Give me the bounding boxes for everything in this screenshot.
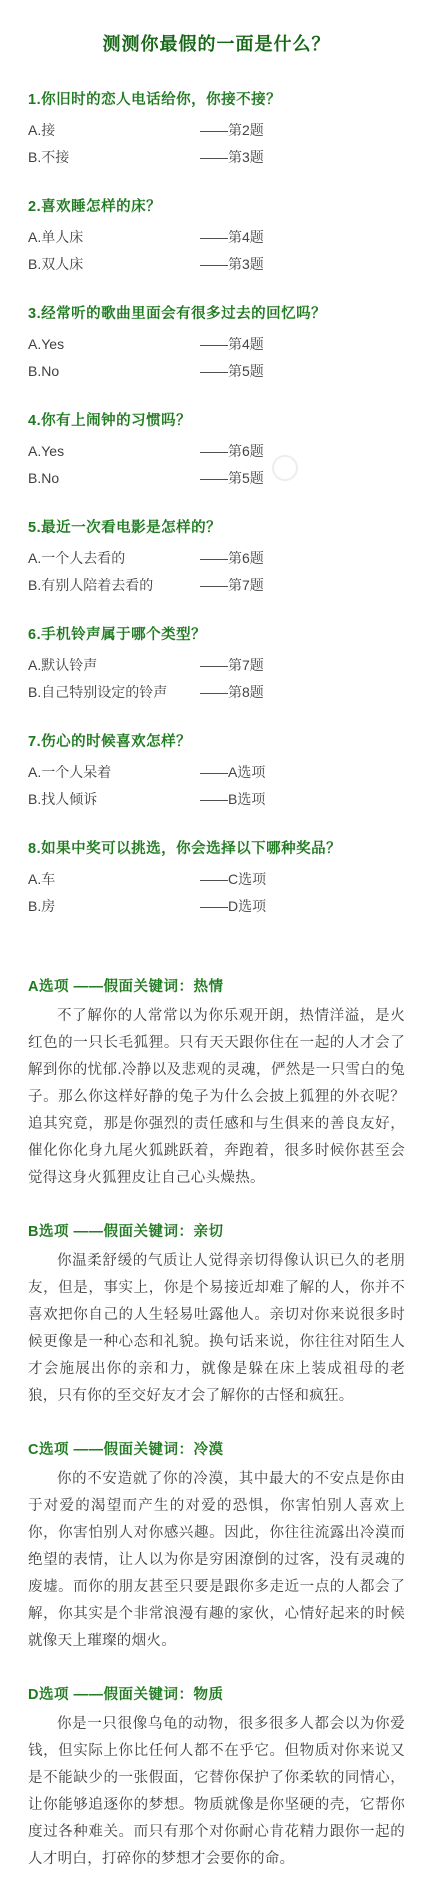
question-3-option-a: A.Yes ——第4题 [28,330,405,357]
option-label: A.Yes [28,336,200,352]
question-heading: 5.最近一次看电影是怎样的？ [28,518,405,538]
option-label: A.单人床 [28,227,200,247]
option-label: B.双人床 [28,254,200,274]
option-label: B.不接 [28,147,200,167]
question-2-option-b: B.双人床 ——第3题 [28,250,405,277]
result-body: 你温柔舒缓的气质让人觉得亲切得像认识已久的老朋友，但是，事实上，你是个易接近却难… [28,1248,405,1410]
option-target: ——第7题 [200,655,405,675]
question-7-option-b: B.找人倾诉 ——B选项 [28,785,405,812]
page-title: 测测你最假的一面是什么？ [28,26,405,56]
option-label: B.找人倾诉 [28,789,200,809]
option-target: ——第5题 [200,468,405,488]
result-heading: C选项 ——假面关键词：冷漠 [28,1440,405,1460]
option-target: ——第8题 [200,682,405,702]
result-list: A选项 ——假面关键词：热情 不了解你的人常常以为你乐观开朗，热情洋溢，是火红色… [28,977,405,1873]
quiz-article-page: 测测你最假的一面是什么？ 1.你旧时的恋人电话给你，你接不接？ A.接 ——第2… [0,0,430,1873]
question-heading: 1.你旧时的恋人电话给你，你接不接？ [28,90,405,110]
option-target: ——第4题 [200,227,405,247]
question-6-option-a: A.默认铃声 ——第7题 [28,651,405,678]
question-3-option-b: B.No ——第5题 [28,357,405,384]
watermark-icon [272,455,298,481]
question-heading: 7.伤心的时候喜欢怎样？ [28,732,405,752]
question-8: 8.如果中奖可以挑选，你会选择以下哪种奖品？ A.车 ——C选项 B.房 ——D… [28,839,405,919]
result-option-d: D选项 ——假面关键词：物质 你是一只很像乌龟的动物，很多很多人都会以为你爱钱，… [28,1685,405,1873]
question-5-option-a: A.一个人去看的 ——第6题 [28,544,405,571]
result-option-b: B选项 ——假面关键词：亲切 你温柔舒缓的气质让人觉得亲切得像认识已久的老朋友，… [28,1222,405,1410]
question-4-option-b: B.No ——第5题 [28,464,405,491]
result-body: 你是一只很像乌龟的动物，很多很多人都会以为你爱钱，但实际上你比任何人都不在乎它。… [28,1711,405,1873]
option-target: ——第6题 [200,548,405,568]
question-1: 1.你旧时的恋人电话给你，你接不接？ A.接 ——第2题 B.不接 ——第3题 [28,90,405,170]
option-label: A.Yes [28,443,200,459]
result-body: 你的不安造就了你的冷漠，其中最大的不安点是你由于对爱的渴望而产生的对爱的恐惧，你… [28,1466,405,1655]
question-6-option-b: B.自己特别设定的铃声 ——第8题 [28,678,405,705]
question-3: 3.经常听的歌曲里面会有很多过去的回忆吗？ A.Yes ——第4题 B.No —… [28,304,405,384]
result-heading: A选项 ——假面关键词：热情 [28,977,405,997]
result-option-c: C选项 ——假面关键词：冷漠 你的不安造就了你的冷漠，其中最大的不安点是你由于对… [28,1440,405,1655]
question-heading: 6.手机铃声属于哪个类型？ [28,625,405,645]
option-target: ——第2题 [200,120,405,140]
option-label: A.接 [28,120,200,140]
question-2-option-a: A.单人床 ——第4题 [28,223,405,250]
question-5: 5.最近一次看电影是怎样的？ A.一个人去看的 ——第6题 B.有别人陪着去看的… [28,518,405,598]
question-8-option-b: B.房 ——D选项 [28,892,405,919]
question-1-option-b: B.不接 ——第3题 [28,143,405,170]
option-label: B.自己特别设定的铃声 [28,682,200,702]
option-label: A.默认铃声 [28,655,200,675]
question-7-option-a: A.一个人呆着 ——A选项 [28,758,405,785]
option-target: ——第4题 [200,334,405,354]
option-target: ——B选项 [200,789,405,809]
question-heading: 3.经常听的歌曲里面会有很多过去的回忆吗？ [28,304,405,324]
question-4: 4.你有上闹钟的习惯吗？ A.Yes ——第6题 B.No ——第5题 [28,411,405,491]
option-label: B.房 [28,896,200,916]
result-heading: B选项 ——假面关键词：亲切 [28,1222,405,1242]
question-6: 6.手机铃声属于哪个类型？ A.默认铃声 ——第7题 B.自己特别设定的铃声 —… [28,625,405,705]
question-5-option-b: B.有别人陪着去看的 ——第7题 [28,571,405,598]
question-2: 2.喜欢睡怎样的床？ A.单人床 ——第4题 B.双人床 ——第3题 [28,197,405,277]
question-4-option-a: A.Yes ——第6题 [28,437,405,464]
option-label: A.一个人去看的 [28,548,200,568]
question-7: 7.伤心的时候喜欢怎样？ A.一个人呆着 ——A选项 B.找人倾诉 ——B选项 [28,732,405,812]
option-target: ——第3题 [200,254,405,274]
question-heading: 4.你有上闹钟的习惯吗？ [28,411,405,431]
option-target: ——C选项 [200,869,405,889]
option-label: A.车 [28,869,200,889]
question-heading: 2.喜欢睡怎样的床？ [28,197,405,217]
option-label: A.一个人呆着 [28,762,200,782]
option-target: ——第5题 [200,361,405,381]
question-1-option-a: A.接 ——第2题 [28,116,405,143]
option-target: ——D选项 [200,896,405,916]
option-label: B.No [28,363,200,379]
question-8-option-a: A.车 ——C选项 [28,865,405,892]
option-target: ——第7题 [200,575,405,595]
question-list: 1.你旧时的恋人电话给你，你接不接？ A.接 ——第2题 B.不接 ——第3题 … [28,90,405,919]
question-heading: 8.如果中奖可以挑选，你会选择以下哪种奖品？ [28,839,405,859]
option-target: ——A选项 [200,762,405,782]
option-target: ——第3题 [200,147,405,167]
option-target: ——第6题 [200,441,405,461]
option-label: B.No [28,470,200,486]
option-label: B.有别人陪着去看的 [28,575,200,595]
result-heading: D选项 ——假面关键词：物质 [28,1685,405,1705]
result-body: 不了解你的人常常以为你乐观开朗，热情洋溢，是火红色的一只长毛狐狸。只有天天跟你住… [28,1003,405,1192]
result-option-a: A选项 ——假面关键词：热情 不了解你的人常常以为你乐观开朗，热情洋溢，是火红色… [28,977,405,1192]
